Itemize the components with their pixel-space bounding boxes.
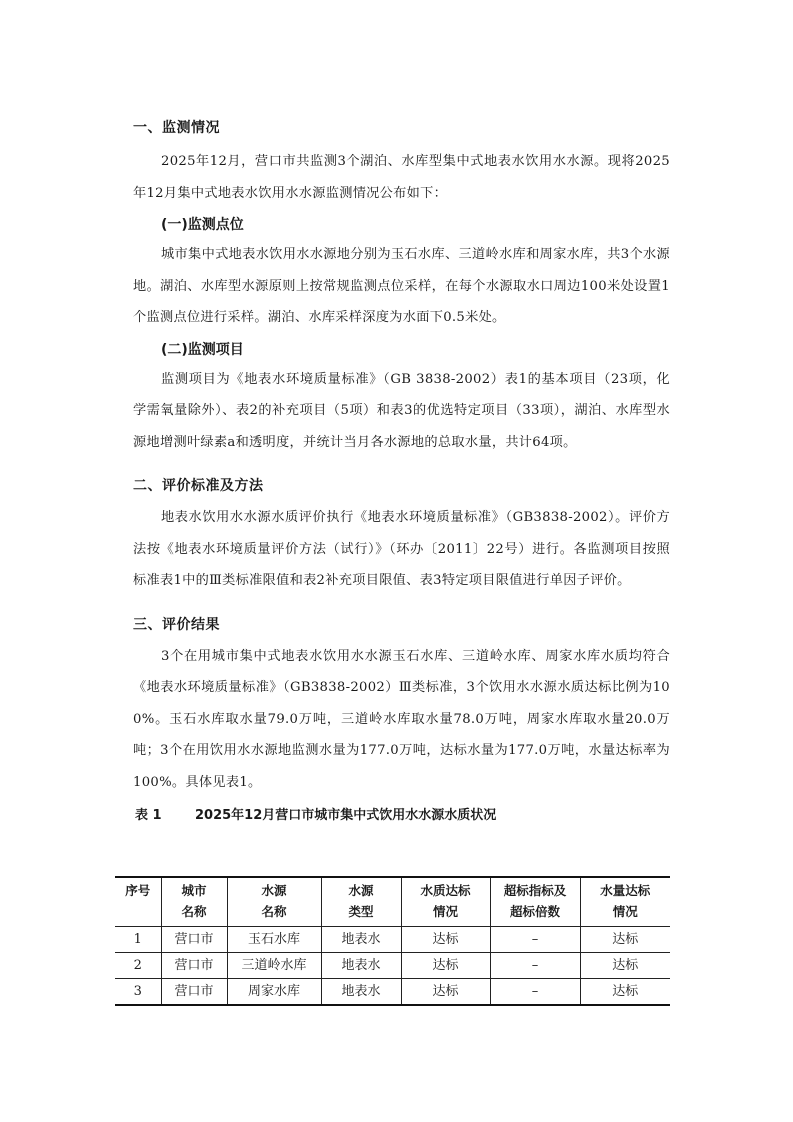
section-intro-paragraph: 2025年12月，营口市共监测3个湖泊、水库型集中式地表水饮用水水源。现将202… [133, 146, 670, 209]
header-source-type: 水源类型 [321, 877, 401, 927]
table-header-row: 序号 城市名称 水源名称 水源类型 水质达标情况 超标指标及超标倍数 水量达标情… [115, 877, 670, 927]
section-heading-evaluation-standard: 二、评价标准及方法 [133, 476, 670, 496]
cell-volume-compliance: 达标 [580, 979, 670, 1006]
evaluation-standard-paragraph: 地表水饮用水水源水质评价执行《地表水环境质量标准》（GB3838-2002）。评… [133, 502, 670, 597]
cell-volume-compliance: 达标 [580, 953, 670, 979]
cell-exceed-indicators: – [490, 953, 580, 979]
table-row: 2 营口市 三道岭水库 地表水 达标 – 达标 [115, 953, 670, 979]
document-page: 一、监测情况 2025年12月，营口市共监测3个湖泊、水库型集中式地表水饮用水水… [133, 116, 670, 826]
cell-source-type: 地表水 [321, 927, 401, 953]
header-index: 序号 [115, 877, 161, 927]
table-row: 1 营口市 玉石水库 地表水 达标 – 达标 [115, 927, 670, 953]
cell-quality-compliance: 达标 [401, 927, 490, 953]
cell-source-type: 地表水 [321, 953, 401, 979]
header-quality-compliance: 水质达标情况 [401, 877, 490, 927]
cell-source-type: 地表水 [321, 979, 401, 1006]
cell-city: 营口市 [161, 979, 227, 1006]
section-heading-monitoring: 一、监测情况 [133, 118, 670, 138]
cell-exceed-indicators: – [490, 979, 580, 1006]
table-caption-number: 表 1 [133, 806, 195, 826]
cell-index: 2 [115, 953, 161, 979]
cell-source-name: 周家水库 [227, 979, 321, 1006]
header-exceed-indicators: 超标指标及超标倍数 [490, 877, 580, 927]
cell-index: 1 [115, 927, 161, 953]
evaluation-results-paragraph: 3个在用城市集中式地表水饮用水水源玉石水库、三道岭水库、周家水库水质均符合《地表… [133, 641, 670, 799]
cell-source-name: 三道岭水库 [227, 953, 321, 979]
cell-quality-compliance: 达标 [401, 953, 490, 979]
cell-city: 营口市 [161, 953, 227, 979]
monitoring-points-paragraph: 城市集中式地表水饮用水水源地分别为玉石水库、三道岭水库和周家水库，共3个水源地。… [133, 239, 670, 334]
header-source-name: 水源名称 [227, 877, 321, 927]
table-row: 3 营口市 周家水库 地表水 达标 – 达标 [115, 979, 670, 1006]
table-caption: 表 1 2025年12月营口市城市集中式饮用水水源水质状况 [133, 806, 670, 826]
header-volume-compliance: 水量达标情况 [580, 877, 670, 927]
monitoring-items-paragraph: 监测项目为《地表水环境质量标准》（GB 3838-2002）表1的基本项目（23… [133, 364, 670, 459]
cell-index: 3 [115, 979, 161, 1006]
header-city-name: 城市名称 [161, 877, 227, 927]
cell-volume-compliance: 达标 [580, 927, 670, 953]
subsection-heading-monitoring-items: (二)监测项目 [133, 340, 670, 360]
cell-source-name: 玉石水库 [227, 927, 321, 953]
cell-city: 营口市 [161, 927, 227, 953]
water-quality-table: 序号 城市名称 水源名称 水源类型 水质达标情况 超标指标及超标倍数 水量达标情… [115, 876, 670, 1006]
cell-exceed-indicators: – [490, 927, 580, 953]
section-heading-evaluation-results: 三、评价结果 [133, 615, 670, 635]
table-caption-title: 2025年12月营口市城市集中式饮用水水源水质状况 [195, 806, 496, 826]
subsection-heading-monitoring-points: (一)监测点位 [133, 215, 670, 235]
cell-quality-compliance: 达标 [401, 979, 490, 1006]
